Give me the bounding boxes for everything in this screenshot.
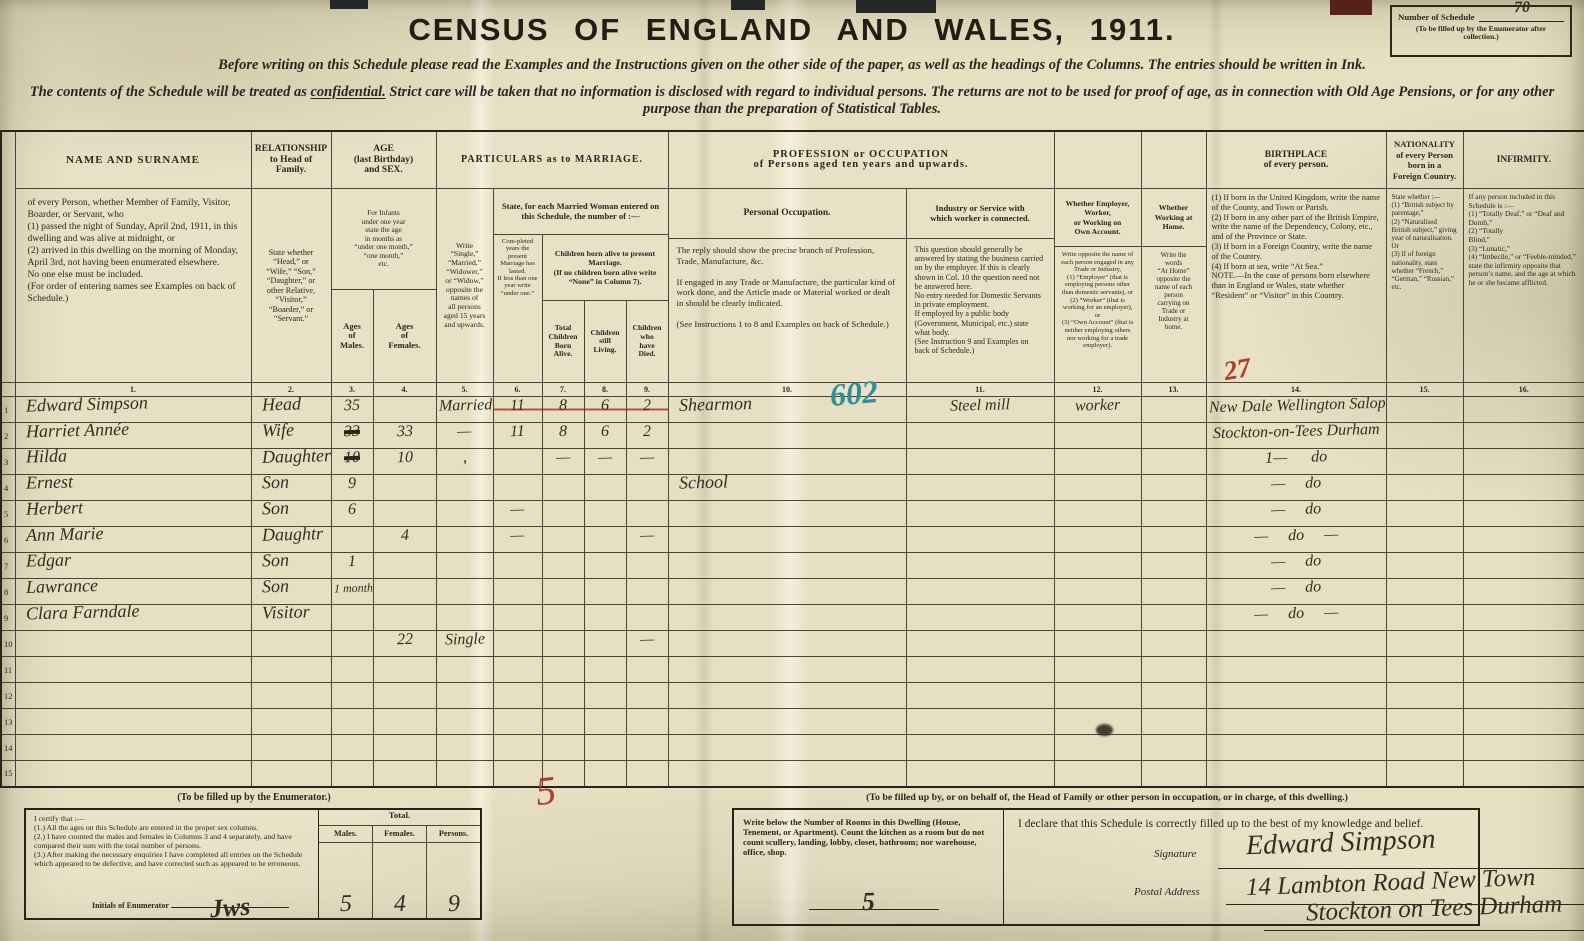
table-cell[interactable] <box>906 605 1054 631</box>
table-cell[interactable] <box>1141 683 1206 709</box>
table-cell[interactable]: Herbert <box>15 501 251 527</box>
table-cell[interactable]: Clara Farndale <box>15 605 251 631</box>
table-cell[interactable] <box>1386 657 1463 683</box>
table-cell[interactable]: 6 <box>584 397 626 423</box>
table-cell[interactable]: 1 month <box>331 579 373 605</box>
table-cell[interactable] <box>15 657 251 683</box>
table-row: 1Edward SimpsonHead35Married11862Shearmo… <box>1 397 1584 423</box>
table-cell[interactable] <box>584 605 626 631</box>
table-cell[interactable] <box>1054 475 1141 501</box>
table-cell[interactable] <box>1463 527 1584 553</box>
table-cell[interactable] <box>1386 683 1463 709</box>
table-cell[interactable] <box>436 709 493 735</box>
table-cell[interactable] <box>1141 527 1206 553</box>
table-cell[interactable] <box>373 657 436 683</box>
table-cell[interactable] <box>542 527 584 553</box>
table-cell[interactable] <box>1463 657 1584 683</box>
table-cell[interactable]: — do <box>1206 553 1386 579</box>
table-cell[interactable] <box>493 579 542 605</box>
table-cell[interactable] <box>668 449 906 475</box>
table-cell[interactable]: 33 <box>373 423 436 449</box>
table-cell[interactable] <box>668 709 906 735</box>
col-header-at-home: Whether Working at Home. Write the words… <box>1141 131 1206 383</box>
cell-entry: Son <box>259 553 290 571</box>
table-cell[interactable]: Steel mill <box>906 397 1054 423</box>
table-cell[interactable] <box>668 423 906 449</box>
table-cell[interactable]: — <box>542 449 584 475</box>
table-cell[interactable] <box>251 709 331 735</box>
table-cell[interactable] <box>373 605 436 631</box>
table-cell[interactable] <box>1386 631 1463 657</box>
table-cell[interactable] <box>436 683 493 709</box>
males-total-cell[interactable]: 5 <box>319 843 372 918</box>
table-cell[interactable] <box>331 735 373 761</box>
table-cell[interactable] <box>251 683 331 709</box>
table-cell[interactable] <box>373 397 436 423</box>
enumerator-initials-value[interactable]: Jws <box>207 899 253 919</box>
table-cell[interactable] <box>584 553 626 579</box>
personal-occupation-label: Personal Occupation. <box>669 189 906 239</box>
table-cell[interactable] <box>906 735 1054 761</box>
table-cell[interactable]: — <box>584 449 626 475</box>
table-cell[interactable]: 1— do <box>1206 449 1386 475</box>
table-cell[interactable]: 6 <box>584 423 626 449</box>
table-cell[interactable] <box>626 553 668 579</box>
table-cell[interactable] <box>542 735 584 761</box>
table-cell[interactable] <box>1141 397 1206 423</box>
table-cell[interactable] <box>15 683 251 709</box>
table-cell[interactable]: New Dale Wellington Salop <box>1206 397 1386 423</box>
table-cell[interactable]: 9 <box>331 475 373 501</box>
table-cell[interactable] <box>373 735 436 761</box>
table-row: 15 <box>1 761 1584 787</box>
table-cell[interactable] <box>436 553 493 579</box>
table-cell[interactable] <box>331 657 373 683</box>
table-cell[interactable] <box>584 683 626 709</box>
table-cell[interactable]: 10 <box>331 449 373 475</box>
table-cell[interactable]: Edward Simpson <box>15 397 251 423</box>
table-cell[interactable] <box>1463 605 1584 631</box>
table-cell[interactable] <box>373 475 436 501</box>
table-cell[interactable] <box>1463 761 1584 787</box>
table-cell[interactable] <box>331 761 373 787</box>
table-cell[interactable] <box>493 631 542 657</box>
table-cell[interactable] <box>542 709 584 735</box>
table-cell[interactable] <box>584 631 626 657</box>
table-cell[interactable] <box>1054 501 1141 527</box>
table-cell[interactable] <box>906 527 1054 553</box>
table-row: 5HerbertSon6—— do <box>1 501 1584 527</box>
table-cell[interactable] <box>906 501 1054 527</box>
table-cell[interactable] <box>493 683 542 709</box>
table-cell[interactable] <box>331 709 373 735</box>
table-cell[interactable] <box>584 761 626 787</box>
table-cell[interactable] <box>1206 761 1386 787</box>
table-cell[interactable] <box>251 631 331 657</box>
table-cell[interactable] <box>668 553 906 579</box>
table-cell[interactable] <box>1386 397 1463 423</box>
table-cell[interactable]: — <box>493 501 542 527</box>
table-cell[interactable] <box>1206 631 1386 657</box>
cell-entry: 6 <box>346 503 358 520</box>
schedule-number-label: Number of Schedule <box>1398 12 1475 22</box>
table-cell[interactable] <box>436 735 493 761</box>
cell-entry: Single <box>442 632 486 650</box>
table-cell[interactable] <box>626 683 668 709</box>
table-cell[interactable]: 1 <box>331 553 373 579</box>
address-rule-2[interactable] <box>1264 930 1584 931</box>
table-cell[interactable]: 2 <box>626 423 668 449</box>
table-cell[interactable] <box>906 683 1054 709</box>
table-cell[interactable] <box>1206 683 1386 709</box>
table-cell[interactable] <box>668 735 906 761</box>
table-cell[interactable] <box>15 735 251 761</box>
table-cell[interactable] <box>906 631 1054 657</box>
table-cell[interactable] <box>1141 761 1206 787</box>
enumerator-heading: (To be filled up by the Enumerator.) <box>28 792 480 803</box>
row-number: 10 <box>1 631 15 657</box>
table-cell[interactable] <box>668 683 906 709</box>
cell-entry: — do <box>1269 554 1324 572</box>
table-cell[interactable] <box>626 475 668 501</box>
col-number: 8. <box>584 383 626 397</box>
table-cell[interactable]: 35 <box>331 397 373 423</box>
table-cell[interactable]: 8 <box>542 397 584 423</box>
table-cell[interactable] <box>906 657 1054 683</box>
table-cell[interactable]: worker <box>1054 397 1141 423</box>
cell-entry: Herbert <box>23 500 84 519</box>
table-cell[interactable]: Hilda <box>15 449 251 475</box>
table-cell[interactable] <box>493 553 542 579</box>
table-cell[interactable] <box>15 631 251 657</box>
table-cell[interactable] <box>1206 709 1386 735</box>
table-cell[interactable] <box>906 709 1054 735</box>
table-cell[interactable] <box>584 501 626 527</box>
table-cell[interactable] <box>584 579 626 605</box>
address-value-2[interactable]: Stockton on Tees Durham <box>1304 897 1565 923</box>
table-cell[interactable]: Ann Marie <box>15 527 251 553</box>
table-cell[interactable]: — do <box>1206 579 1386 605</box>
table-cell[interactable] <box>906 579 1054 605</box>
table-cell[interactable] <box>1054 657 1141 683</box>
table-cell[interactable]: Daughter <box>251 449 331 475</box>
cell-entry: — <box>638 633 657 650</box>
table-cell[interactable] <box>1054 709 1141 735</box>
table-cell[interactable]: Married <box>436 397 493 423</box>
table-cell[interactable] <box>626 761 668 787</box>
table-cell[interactable] <box>373 683 436 709</box>
table-cell[interactable]: Shearmon <box>668 397 906 423</box>
row-number: 15 <box>1 761 15 787</box>
table-cell[interactable] <box>373 501 436 527</box>
table-cell[interactable]: — <box>626 631 668 657</box>
table-cell[interactable] <box>1463 553 1584 579</box>
totals-label: Total. <box>319 810 480 826</box>
table-cell[interactable] <box>1386 423 1463 449</box>
table-cell[interactable]: Son <box>251 553 331 579</box>
relationship-desc: State whether “Head,” or “Wife,” “Son,” … <box>252 189 331 382</box>
table-cell[interactable]: 33 <box>331 423 373 449</box>
table-cell[interactable] <box>542 631 584 657</box>
table-cell[interactable] <box>626 605 668 631</box>
marriage-title: PARTICULARS as to MARRIAGE. <box>437 132 668 189</box>
table-cell[interactable]: Ernest <box>15 475 251 501</box>
table-cell[interactable] <box>493 735 542 761</box>
table-cell[interactable]: Son <box>251 579 331 605</box>
employer-worker-label: Whether Employer, Worker, or Working on … <box>1055 189 1141 247</box>
cell-entry: 35 <box>342 399 362 417</box>
table-cell[interactable] <box>1141 735 1206 761</box>
cell-entry: Shearmon <box>676 396 753 415</box>
table-cell[interactable] <box>1386 527 1463 553</box>
table-row: 1022Single— <box>1 631 1584 657</box>
table-cell[interactable] <box>436 657 493 683</box>
table-cell[interactable]: Single <box>436 631 493 657</box>
table-row: 6Ann MarieDaughtr4——— do — <box>1 527 1584 553</box>
table-cell[interactable] <box>373 761 436 787</box>
table-cell[interactable]: — do — <box>1206 527 1386 553</box>
table-cell[interactable] <box>626 709 668 735</box>
table-cell[interactable] <box>331 631 373 657</box>
cell-entry: — <box>508 503 527 520</box>
table-cell[interactable] <box>626 735 668 761</box>
table-cell[interactable]: 11 <box>493 423 542 449</box>
cell-entry: Daughtr <box>259 526 324 545</box>
name-surname-desc: of every Person, whether Member of Famil… <box>16 189 251 382</box>
table-cell[interactable]: 8 <box>542 423 584 449</box>
females-total-cell[interactable]: 4 <box>372 843 426 918</box>
table-cell[interactable] <box>1463 423 1584 449</box>
table-cell[interactable] <box>1206 735 1386 761</box>
table-cell[interactable] <box>1141 631 1206 657</box>
table-cell[interactable]: 2 <box>626 397 668 423</box>
table-cell[interactable] <box>493 475 542 501</box>
table-cell[interactable] <box>373 553 436 579</box>
table-cell[interactable]: — do <box>1206 475 1386 501</box>
row-number: 1 <box>1 397 15 423</box>
table-cell[interactable] <box>493 657 542 683</box>
table-cell[interactable] <box>906 423 1054 449</box>
table-cell[interactable] <box>1386 553 1463 579</box>
relationship-title: RELATIONSHIP to Head of Family. <box>252 132 331 189</box>
table-cell[interactable] <box>542 501 584 527</box>
table-cell[interactable]: , <box>436 449 493 475</box>
table-cell[interactable] <box>251 657 331 683</box>
table-cell[interactable] <box>1141 605 1206 631</box>
table-cell[interactable] <box>668 657 906 683</box>
table-cell[interactable] <box>906 475 1054 501</box>
row-number: 5 <box>1 501 15 527</box>
table-cell[interactable] <box>1141 579 1206 605</box>
table-cell[interactable] <box>1141 475 1206 501</box>
table-cell[interactable] <box>251 761 331 787</box>
instruction-post: Strict care will be taken that no inform… <box>386 84 1554 117</box>
table-cell[interactable]: Visitor <box>251 605 331 631</box>
table-cell[interactable] <box>331 605 373 631</box>
table-cell[interactable] <box>1054 553 1141 579</box>
table-cell[interactable] <box>542 657 584 683</box>
table-cell[interactable] <box>1463 475 1584 501</box>
table-cell[interactable] <box>373 709 436 735</box>
table-cell[interactable] <box>584 709 626 735</box>
table-cell[interactable] <box>542 579 584 605</box>
col-header-marriage: PARTICULARS as to MARRIAGE. Write “Singl… <box>436 131 668 383</box>
table-cell[interactable]: — do <box>1206 501 1386 527</box>
table-cell[interactable] <box>668 605 906 631</box>
table-cell[interactable] <box>1386 579 1463 605</box>
table-cell[interactable]: — <box>626 449 668 475</box>
table-cell[interactable] <box>1141 501 1206 527</box>
table-cell[interactable]: — do — <box>1206 605 1386 631</box>
table-cell[interactable] <box>1141 709 1206 735</box>
table-cell[interactable]: 6 <box>331 501 373 527</box>
table-cell[interactable] <box>436 527 493 553</box>
working-at-home-desc: Write the words “At Home” opposite the n… <box>1142 247 1206 382</box>
table-cell[interactable] <box>436 501 493 527</box>
table-cell[interactable] <box>1141 553 1206 579</box>
table-cell[interactable] <box>542 475 584 501</box>
table-cell[interactable] <box>1463 709 1584 735</box>
table-cell[interactable] <box>668 527 906 553</box>
table-cell[interactable]: Stockton-on-Tees Durham <box>1206 423 1386 449</box>
table-cell[interactable] <box>1141 449 1206 475</box>
nationality-title: NATIONALITY of every Person born in a Fo… <box>1387 132 1463 189</box>
table-cell[interactable]: 4 <box>373 527 436 553</box>
table-cell[interactable]: Daughtr <box>251 527 331 553</box>
table-cell[interactable] <box>1463 735 1584 761</box>
table-cell[interactable] <box>1463 683 1584 709</box>
cell-entry: — <box>554 451 573 468</box>
declaration-cell: I declare that this Schedule is correctl… <box>1004 810 1478 924</box>
table-cell[interactable] <box>251 735 331 761</box>
table-cell[interactable] <box>626 579 668 605</box>
table-cell[interactable] <box>1141 423 1206 449</box>
table-cell[interactable] <box>15 709 251 735</box>
table-cell[interactable] <box>1054 527 1141 553</box>
table-cell[interactable] <box>1386 605 1463 631</box>
cell-entry: Ernest <box>23 474 74 492</box>
table-cell[interactable]: Son <box>251 475 331 501</box>
table-cell[interactable] <box>906 553 1054 579</box>
col-header-infirmity: INFIRMITY. If any person included in thi… <box>1463 131 1584 383</box>
census-schedule-page: CENSUS OF ENGLAND AND WALES, 1911. Befor… <box>0 0 1584 941</box>
table-cell[interactable] <box>542 683 584 709</box>
table-cell[interactable] <box>436 579 493 605</box>
table-cell[interactable] <box>436 605 493 631</box>
row-number-gutter <box>1 131 15 383</box>
table-cell[interactable] <box>626 501 668 527</box>
table-cell[interactable] <box>1054 423 1141 449</box>
col-number: 7. <box>542 383 584 397</box>
table-cell[interactable] <box>331 683 373 709</box>
table-cell[interactable]: — <box>626 527 668 553</box>
table-cell[interactable] <box>542 605 584 631</box>
table-cell[interactable]: Edgar <box>15 553 251 579</box>
table-cell[interactable] <box>373 579 436 605</box>
schedule-number-value[interactable]: 70 <box>1512 1 1532 19</box>
table-cell[interactable] <box>584 735 626 761</box>
table-cell[interactable] <box>1054 631 1141 657</box>
table-cell[interactable] <box>331 527 373 553</box>
table-cell[interactable] <box>436 761 493 787</box>
table-cell[interactable]: School <box>668 475 906 501</box>
table-cell[interactable] <box>493 605 542 631</box>
table-cell[interactable] <box>1386 501 1463 527</box>
cell-entry: — do <box>1269 502 1324 520</box>
table-cell[interactable] <box>15 761 251 787</box>
totals-table: Total. Males. Females. Persons. 5 4 9 <box>318 810 480 918</box>
table-cell[interactable] <box>1054 683 1141 709</box>
table-cell[interactable] <box>584 475 626 501</box>
table-cell[interactable]: 11 <box>493 397 542 423</box>
table-cell[interactable] <box>584 657 626 683</box>
schedule-number-note: (To be filled up by the Enumerator after… <box>1398 25 1564 41</box>
rooms-value: 5 <box>860 895 877 912</box>
table-cell[interactable] <box>584 527 626 553</box>
table-cell[interactable] <box>1054 605 1141 631</box>
table-row: 9Clara FarndaleVisitor— do — <box>1 605 1584 631</box>
table-cell[interactable]: 22 <box>373 631 436 657</box>
col-number: 16. <box>1463 383 1584 397</box>
table-cell[interactable] <box>1386 735 1463 761</box>
table-cell[interactable] <box>668 631 906 657</box>
table-cell[interactable] <box>626 657 668 683</box>
cell-entry: Daughter <box>259 448 332 467</box>
persons-total-cell[interactable]: 9 <box>426 843 480 918</box>
table-cell[interactable] <box>906 449 1054 475</box>
table-cell[interactable] <box>1054 449 1141 475</box>
table-cell[interactable] <box>668 579 906 605</box>
table-cell[interactable] <box>668 501 906 527</box>
table-cell[interactable] <box>1386 449 1463 475</box>
table-cell[interactable] <box>1463 579 1584 605</box>
col-number: 5. <box>436 383 493 397</box>
table-cell[interactable]: 10 <box>373 449 436 475</box>
instruction-line-1: Before writing on this Schedule please r… <box>0 57 1584 74</box>
table-cell[interactable]: — <box>493 527 542 553</box>
row-number: 9 <box>1 605 15 631</box>
table-cell[interactable] <box>1463 501 1584 527</box>
table-cell[interactable] <box>1141 657 1206 683</box>
table-cell[interactable]: Harriet Année <box>15 423 251 449</box>
col-number: 9. <box>626 383 668 397</box>
table-cell[interactable] <box>906 761 1054 787</box>
table-cell[interactable] <box>493 449 542 475</box>
signature-value[interactable]: Edward Simpson <box>1244 833 1438 857</box>
signature-row: Signature Edward Simpson <box>1154 848 1584 860</box>
table-cell[interactable] <box>1463 631 1584 657</box>
table-cell[interactable]: — <box>436 423 493 449</box>
rooms-value-wrap[interactable]: 5 <box>734 895 1003 912</box>
table-cell[interactable] <box>1386 475 1463 501</box>
table-cell[interactable] <box>542 553 584 579</box>
table-cell[interactable] <box>1386 761 1463 787</box>
table-cell[interactable] <box>1463 397 1584 423</box>
cell-entry: 11 <box>508 399 527 416</box>
table-cell[interactable] <box>1054 761 1141 787</box>
table-cell[interactable] <box>1206 657 1386 683</box>
table-cell[interactable] <box>1386 709 1463 735</box>
table-cell[interactable] <box>1054 579 1141 605</box>
table-cell[interactable] <box>1463 449 1584 475</box>
table-cell[interactable] <box>436 475 493 501</box>
table-cell[interactable] <box>668 761 906 787</box>
table-cell[interactable]: Head <box>251 397 331 423</box>
page-title: CENSUS OF ENGLAND AND WALES, 1911. <box>0 12 1584 48</box>
cell-entry: — <box>596 451 615 468</box>
table-cell[interactable] <box>493 709 542 735</box>
table-cell[interactable] <box>1054 735 1141 761</box>
